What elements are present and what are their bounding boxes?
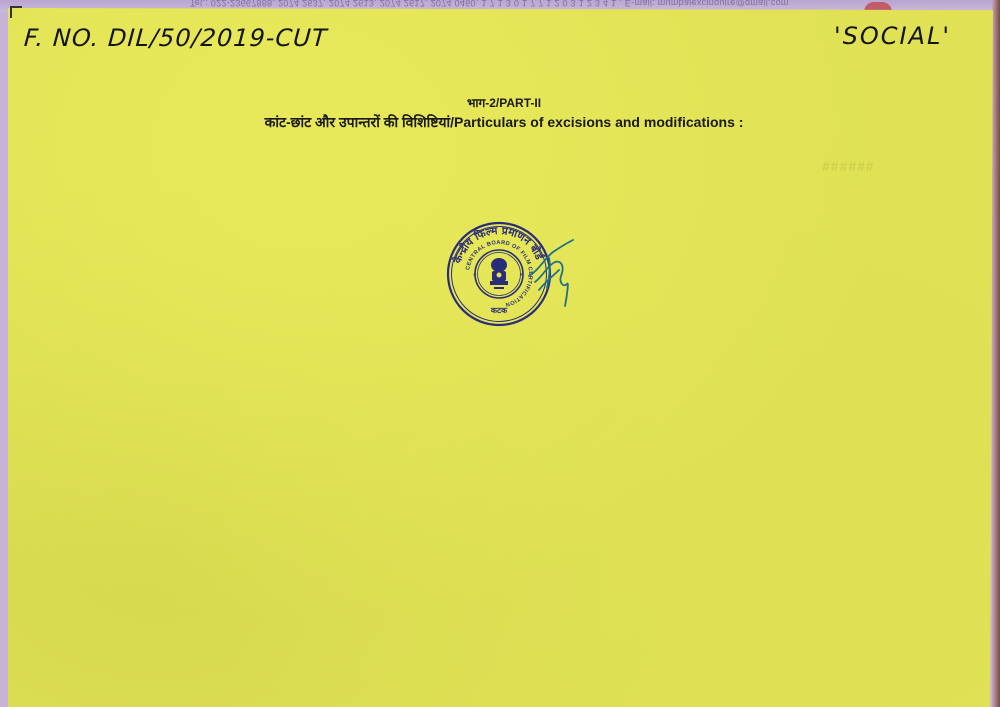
bleed-through-text: Tel.: 022-23667888, 2074 2637, 2074 2613… [190,0,789,8]
part-label: भाग-2/PART-II [4,94,1000,111]
section-heading: कांट-छांट और उपान्तरों की विशिष्टियां/Pa… [4,113,1000,132]
svg-text:कटक: कटक [490,306,508,315]
svg-text:*: * [473,273,476,280]
faint-mark: ###### [822,158,875,174]
svg-text:*: * [520,273,523,280]
file-number: F. NO. DIL/50/2019-CUT [23,24,328,52]
corner-mark [10,6,22,18]
signature-icon [525,236,580,311]
category-label: 'SOCIAL' [834,22,951,50]
